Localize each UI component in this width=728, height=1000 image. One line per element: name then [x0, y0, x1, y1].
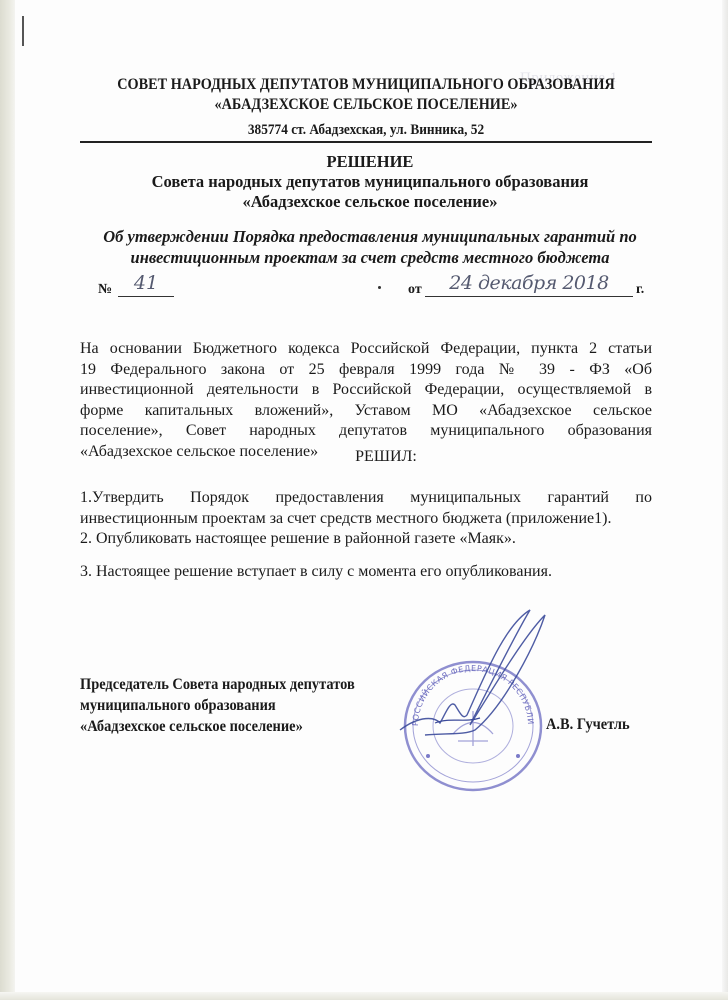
resolved-heading: РЕШИЛ: [80, 448, 652, 466]
margin-mark [22, 16, 24, 46]
title-decision: РЕШЕНИЕ [80, 152, 660, 172]
document-subject: Об утверждении Порядка предоставления му… [80, 226, 660, 268]
preamble-line: форме капитальных вложений», Уставом МО … [80, 401, 652, 422]
preamble-line: поселение», Совет народных депутатов мун… [80, 421, 652, 442]
scan-edge-left [0, 0, 15, 1000]
signer-title-line-2: муниципального образования [80, 695, 355, 716]
resolution-items: 1.Утвердить Порядок предоставления муниц… [80, 488, 652, 582]
item-1-line-1: 1.Утвердить Порядок предоставления муниц… [80, 488, 652, 509]
number-label: № [98, 282, 112, 298]
title-council: Совета народных депутатов муниципального… [80, 172, 660, 192]
subject-line-2: инвестиционным проектам за счет средств … [80, 247, 660, 268]
item-2: 2. Опубликовать настоящее решение в райо… [80, 529, 652, 550]
signer-title-line-1: Председатель Совета народных депутатов [80, 674, 355, 695]
handwritten-date: 24 декабря 2018 [425, 272, 633, 297]
date-label: от [408, 282, 422, 298]
item-3: 3. Настоящее решение вступает в силу с м… [80, 562, 652, 583]
subject-line-1: Об утверждении Порядка предоставления му… [80, 226, 660, 247]
scan-edge-bottom [0, 992, 728, 1000]
header-org-line: СОВЕТ НАРОДНЫХ ДЕПУТАТОВ МУНИЦИПАЛЬНОГО … [103, 75, 629, 95]
document-title: РЕШЕНИЕ Совета народных депутатов муници… [80, 152, 660, 212]
dot-mark [378, 286, 381, 289]
preamble-line: 19 Федерального закона от 25 февраля 199… [80, 360, 652, 381]
handwritten-number: 41 [118, 272, 174, 297]
scan-edge-right [722, 0, 728, 1000]
header-settlement-line: «АБАДЗЕХСКОЕ СЕЛЬСКОЕ ПОСЕЛЕНИЕ» [103, 95, 629, 115]
year-suffix: г. [636, 282, 644, 298]
preamble-paragraph: На основании Бюджетного кодекса Российск… [80, 339, 652, 463]
header-address: 385774 ст. Абадзехская, ул. Винника, 52 [103, 122, 629, 139]
item-1-line-2: инвестиционным проектам за счет средств … [80, 509, 652, 530]
title-settlement: «Абадзехское сельское поселение» [80, 192, 660, 212]
header-divider [80, 141, 652, 143]
signature-block: Председатель Совета народных депутатов м… [80, 674, 355, 737]
document-header: СОВЕТ НАРОДНЫХ ДЕПУТАТОВ МУНИЦИПАЛЬНОГО … [103, 75, 629, 115]
preamble-line: На основании Бюджетного кодекса Российск… [80, 339, 652, 360]
preamble-line: инвестиционной деятельности в Российской… [80, 380, 652, 401]
handwritten-signature-icon [395, 605, 565, 755]
signer-title-line-3: «Абадзехское сельское поселение» [80, 716, 355, 737]
